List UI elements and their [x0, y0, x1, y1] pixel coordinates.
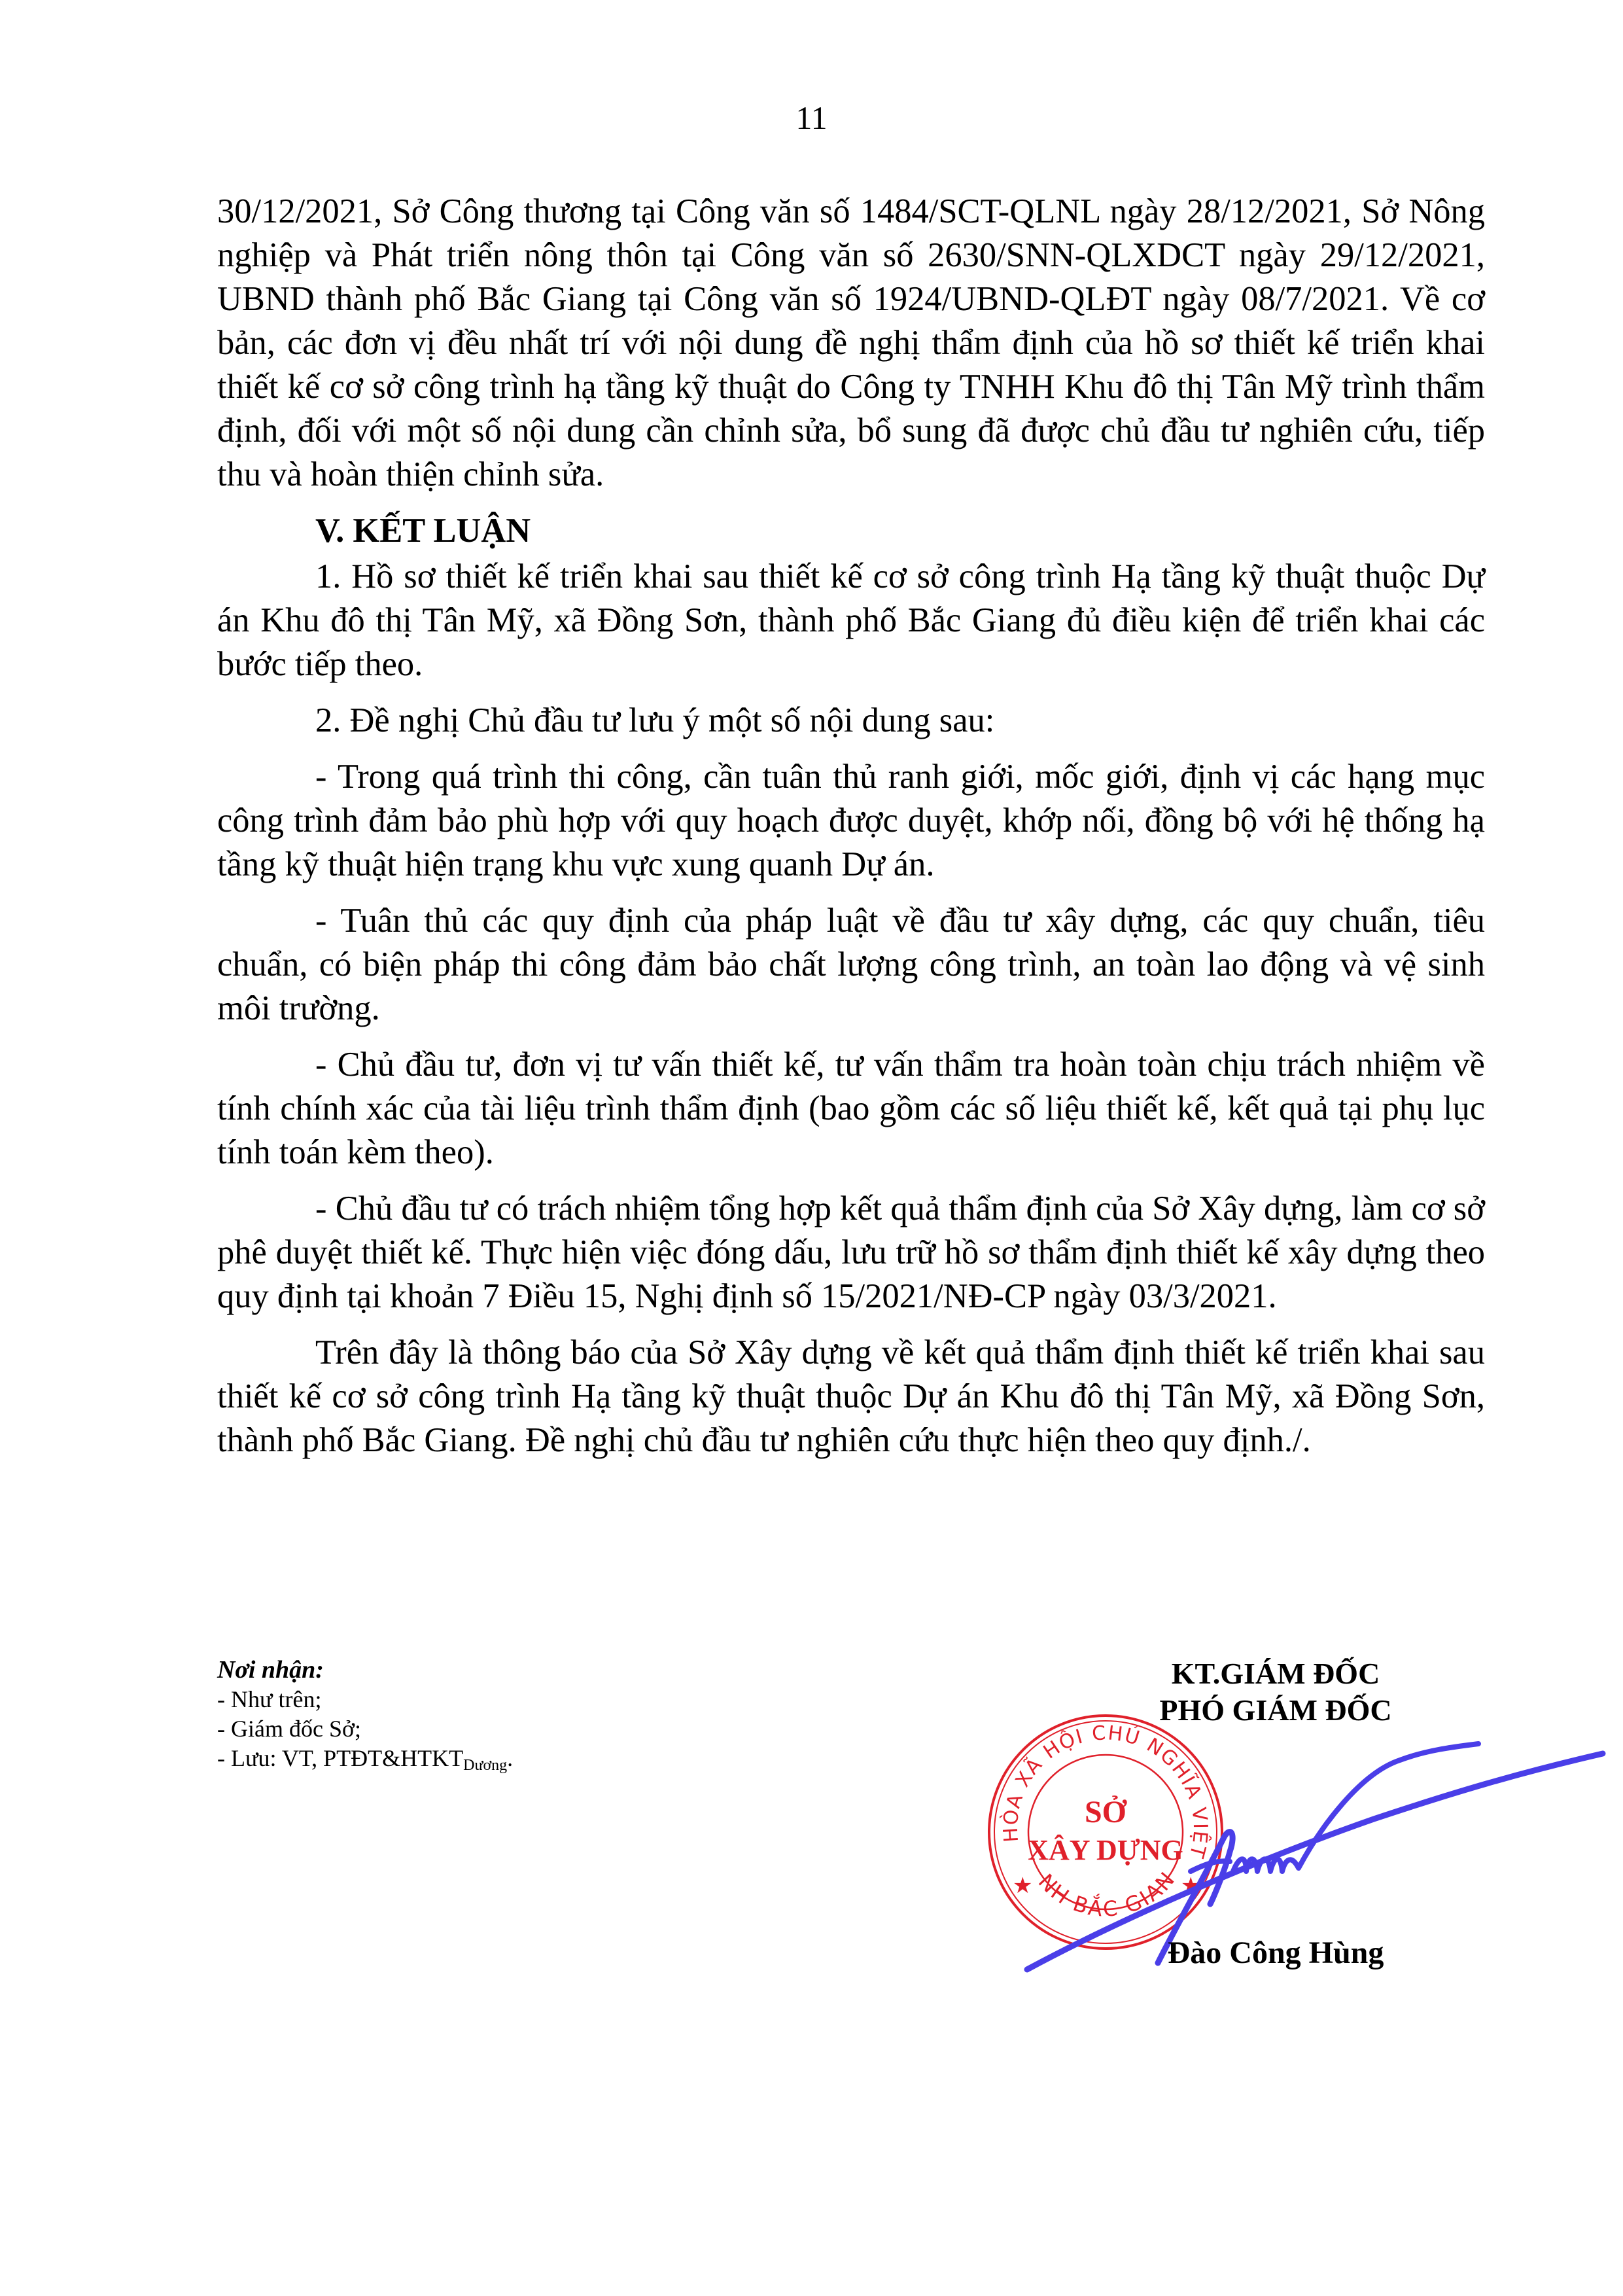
recipient-archive: - Lưu: VT, PTĐT&HTKTDương. [217, 1744, 513, 1780]
conclusion-item-1: 1. Hồ sơ thiết kế triển khai sau thiết k… [217, 555, 1485, 686]
closing-paragraph: Trên đây là thông báo của Sở Xây dựng về… [217, 1331, 1485, 1462]
archive-suffix: . [507, 1745, 513, 1771]
archive-subscript: Dương [463, 1757, 507, 1774]
section-heading: V. KẾT LUẬN [217, 509, 1485, 553]
signature-title-line1: KT.GIÁM ĐỐC [1099, 1655, 1452, 1692]
intro-paragraph: 30/12/2021, Sở Công thương tại Công văn … [217, 190, 1485, 497]
signer-name: Đào Công Hùng [1099, 1934, 1452, 1973]
recipients-list: Nơi nhận: - Như trên; - Giám đốc Sở; - L… [217, 1655, 513, 1780]
recipient-item: - Như trên; [217, 1685, 513, 1714]
note-item: - Trong quá trình thi công, cần tuân thủ… [217, 755, 1485, 887]
document-body: 30/12/2021, Sở Công thương tại Công văn … [217, 190, 1485, 1475]
page-number: 11 [0, 98, 1623, 137]
recipient-item: - Giám đốc Sở; [217, 1714, 513, 1744]
note-item: - Tuân thủ các quy định của pháp luật về… [217, 899, 1485, 1031]
note-item: - Chủ đầu tư, đơn vị tư vấn thiết kế, tư… [217, 1043, 1485, 1174]
conclusion-item-2: 2. Đề nghị Chủ đầu tư lưu ý một số nội d… [217, 699, 1485, 743]
note-item: - Chủ đầu tư có trách nhiệm tổng hợp kết… [217, 1187, 1485, 1318]
archive-label: - Lưu: VT, PTĐT&HTKT [217, 1745, 463, 1771]
recipients-title: Nơi nhận: [217, 1655, 513, 1685]
